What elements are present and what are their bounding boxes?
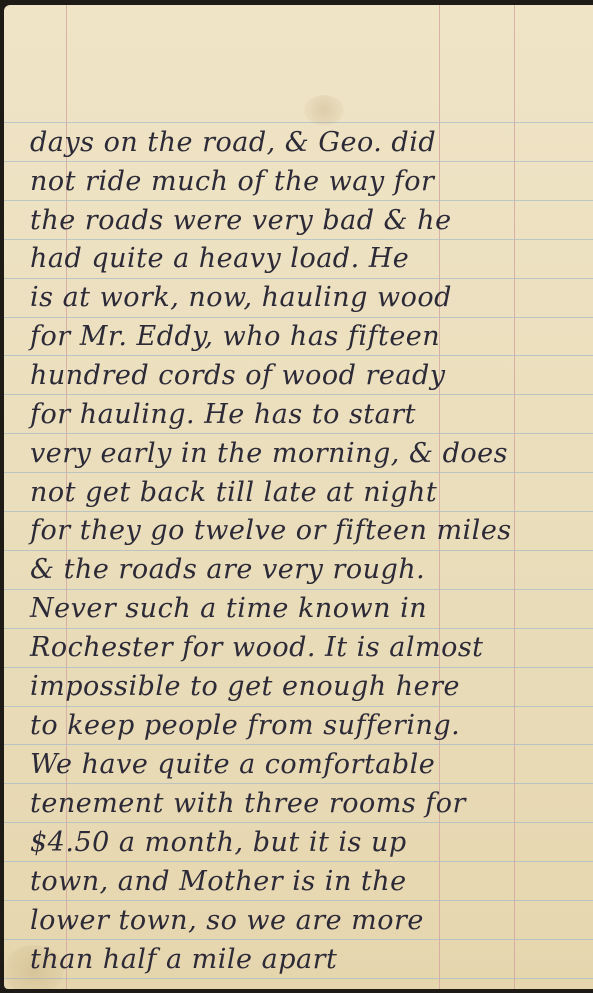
handwritten-line: & the roads are very rough. bbox=[30, 554, 425, 585]
ruled-line bbox=[4, 317, 593, 318]
handwritten-line: not get back till late at night bbox=[30, 477, 437, 508]
handwritten-line: very early in the morning, & does bbox=[30, 438, 508, 469]
handwritten-line: hundred cords of wood ready bbox=[30, 360, 446, 391]
ruled-line bbox=[4, 900, 593, 901]
ruled-line bbox=[4, 122, 593, 123]
handwritten-line: $4.50 a month, but it is up bbox=[30, 827, 407, 858]
ruled-line bbox=[4, 706, 593, 707]
right-margin-line-2 bbox=[514, 5, 515, 989]
ruled-line bbox=[4, 200, 593, 201]
handwritten-line: lower town, so we are more bbox=[30, 905, 424, 936]
ruled-line bbox=[4, 394, 593, 395]
ruled-line bbox=[4, 978, 593, 979]
handwritten-line: for hauling. He has to start bbox=[30, 399, 416, 430]
handwritten-line: to keep people from suffering. bbox=[30, 710, 460, 741]
handwritten-line: We have quite a comfortable bbox=[30, 749, 435, 780]
ruled-line bbox=[4, 822, 593, 823]
ruled-line bbox=[4, 239, 593, 240]
handwritten-line: is at work, now, hauling wood bbox=[30, 282, 452, 313]
ruled-line bbox=[4, 589, 593, 590]
ruled-line bbox=[4, 861, 593, 862]
ruled-line bbox=[4, 783, 593, 784]
ruled-line bbox=[4, 939, 593, 940]
paper-stain bbox=[304, 95, 344, 125]
letter-page: days on the road, & Geo. did not ride mu… bbox=[4, 5, 593, 989]
handwritten-line: impossible to get enough here bbox=[30, 671, 460, 702]
handwritten-line: Rochester for wood. It is almost bbox=[30, 632, 484, 663]
handwritten-line: town, and Mother is in the bbox=[30, 866, 407, 897]
ruled-line bbox=[4, 550, 593, 551]
handwritten-line: than half a mile apart bbox=[30, 944, 337, 975]
ruled-line bbox=[4, 472, 593, 473]
ruled-line bbox=[4, 161, 593, 162]
handwritten-line: the roads were very bad & he bbox=[30, 205, 452, 236]
ruled-line bbox=[4, 511, 593, 512]
handwritten-line: days on the road, & Geo. did bbox=[30, 127, 436, 158]
ruled-line bbox=[4, 433, 593, 434]
ruled-line bbox=[4, 628, 593, 629]
handwritten-line: not ride much of the way for bbox=[30, 166, 434, 197]
handwritten-line: for they go twelve or fifteen miles bbox=[30, 515, 512, 546]
handwritten-line: had quite a heavy load. He bbox=[30, 243, 409, 274]
handwritten-line: for Mr. Eddy, who has fifteen bbox=[30, 321, 440, 352]
ruled-line bbox=[4, 278, 593, 279]
ruled-line bbox=[4, 744, 593, 745]
ruled-line bbox=[4, 667, 593, 668]
handwritten-line: tenement with three rooms for bbox=[30, 788, 466, 819]
handwritten-line: Never such a time known in bbox=[30, 593, 427, 624]
right-margin-line-1 bbox=[439, 5, 440, 989]
ruled-line bbox=[4, 355, 593, 356]
